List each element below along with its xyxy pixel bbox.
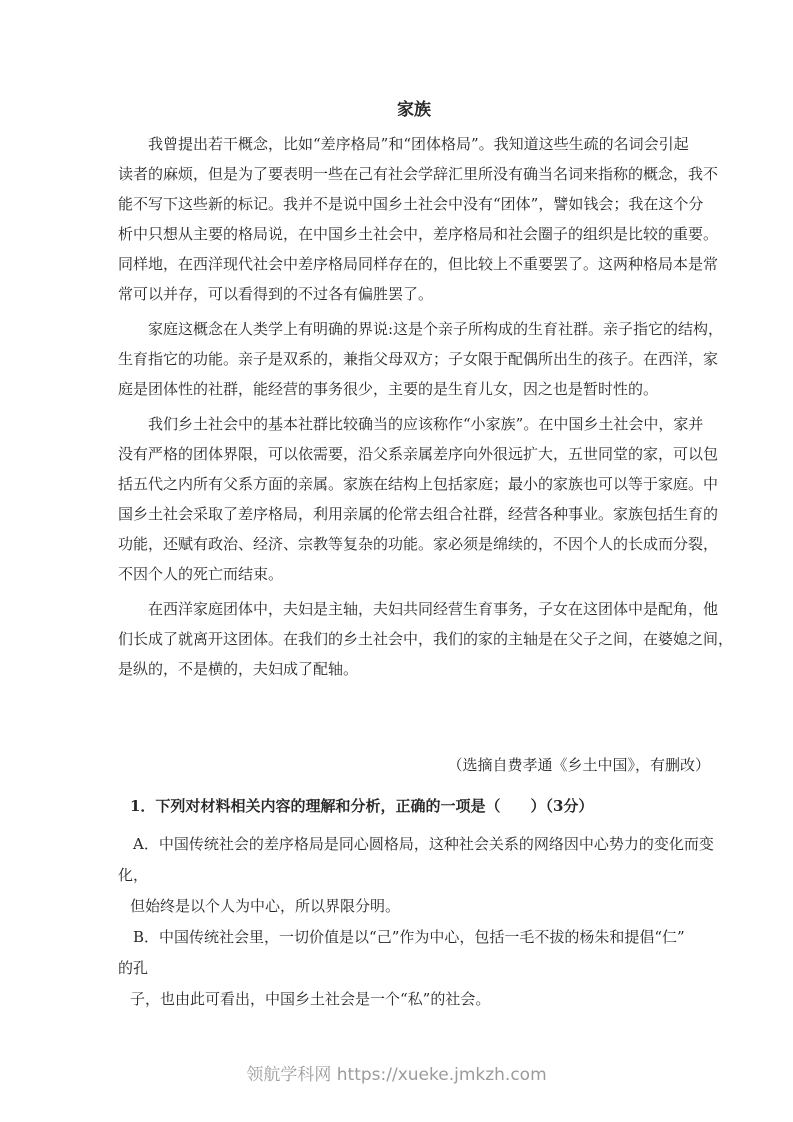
option-b-line-3: 子，也由此可看出，中国乡土社会是一个“私”的社会。 (118, 984, 768, 1015)
source-citation: （选摘自费孝通《乡土中国》，有删改） (118, 752, 710, 778)
option-a-line-1: A．中国传统社会的差序格局是同心圆格局，这种社会关系的网络因中心势力的变化而变 (118, 829, 768, 860)
watermark-text: 领航学科网 https://xueke.jmkzh.com (246, 1065, 546, 1085)
option-a-line-2: 化， (118, 860, 768, 891)
option-b-line-1: B．中国传统社会里，一切价值是以“己”作为中心，包括一毛不拔的杨朱和提倡“仁” (118, 922, 768, 953)
question-block: 1．下列对材料相关内容的理解和分析，正确的一项是（ ）（3分） A．中国传统社会… (118, 791, 768, 1015)
paragraph-2: 家庭这概念在人类学上有明确的界说:这是个亲子所构成的生育社群。亲子指它的结构， … (118, 314, 758, 404)
document-title: 家族 (118, 98, 710, 122)
paragraph-1: 我曾提出若干概念，比如“差序格局”和“团体格局”。我知道这些生疏的名词会引起 读… (118, 129, 758, 309)
watermark: 领航学科网 https://xueke.jmkzh.com (0, 1062, 793, 1088)
option-b-line-2: 的孔 (118, 953, 768, 984)
option-a-line-3: 但始终是以个人为中心，所以界限分明。 (118, 891, 768, 922)
document-page: 家族 我曾提出若干概念，比如“差序格局”和“团体格局”。我知道这些生疏的名词会引… (0, 0, 793, 1122)
paragraph-4: 在西洋家庭团体中，夫妇是主轴，夫妇共同经营生育事务，子女在这团体中是配角，他 们… (118, 594, 758, 684)
paragraph-3: 我们乡土社会中的基本社群比较确当的应该称作“小家族”。在中国乡土社会中，家并 没… (118, 409, 758, 589)
article-body: 我曾提出若干概念，比如“差序格局”和“团体格局”。我知道这些生疏的名词会引起 读… (118, 129, 758, 689)
question-1-stem: 1．下列对材料相关内容的理解和分析，正确的一项是（ ）（3分） (118, 791, 768, 822)
